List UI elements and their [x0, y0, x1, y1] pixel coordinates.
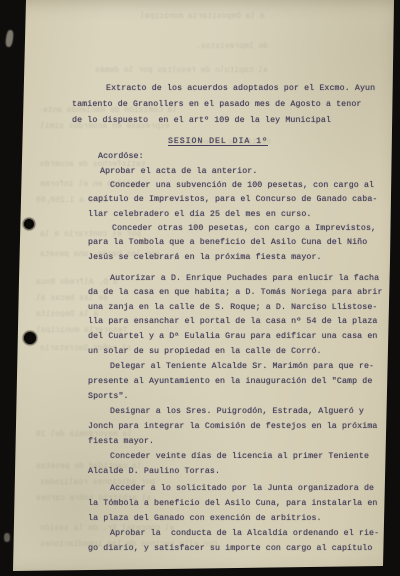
paper-speck — [4, 533, 10, 542]
typed-line: una zanja en la calle de S. Roque; a D. … — [88, 303, 378, 313]
typed-line: para la Tombola que a beneficio del Asil… — [88, 238, 367, 248]
typed-line: capítulo de Imprevistos, para el Concurs… — [88, 195, 378, 205]
typed-line: tamiento de Granollers en el pasado mes … — [72, 100, 362, 110]
typed-line: Delegar al Teniente Alcalde Sr. Marimón … — [110, 362, 374, 372]
typed-line: Acceder a lo solicitado por la Junta org… — [110, 484, 374, 494]
typed-line: Conceder una subvención de 100 pesetas, … — [110, 181, 374, 191]
document-page: a la Depositaría municipalde Imprevistos… — [0, 0, 400, 576]
hole-punch — [24, 219, 34, 229]
typed-line: Alcalde D. Paulino Torras. — [88, 467, 220, 477]
typed-line: fiesta mayor. — [88, 437, 154, 447]
typed-line: Conceder veinte días de licencia al prim… — [110, 452, 369, 462]
typed-line: Extracto de los acuerdos adoptados por e… — [106, 84, 375, 94]
typed-line: la plaza del Ganado con exención de arbi… — [88, 514, 322, 524]
typed-line: Aprobar la conducta de la Alcaldía orden… — [110, 529, 379, 539]
section-heading: SESION DEL DIA 1º — [168, 137, 268, 147]
typed-line: Sports". — [88, 392, 129, 402]
typed-line: Jonch para integrar la Comisión de feste… — [88, 422, 378, 432]
typed-line: Conceder otras 100 pesetas, con cargo a … — [112, 224, 376, 234]
typed-line: Autorizar a D. Enrique Puchades para enl… — [110, 274, 379, 284]
typed-line: lla para ensanchar el portal de la casa … — [88, 317, 378, 327]
typed-line: Designar a los Sres. Puigrodón, Estrada,… — [110, 407, 364, 417]
typed-line: llar celebradero el día 25 del mes en cu… — [88, 210, 311, 220]
bleedthrough-line: a D. Alfredo Roca — [36, 278, 118, 287]
scan-background: a la Depositaría municipalde Imprevistos… — [0, 0, 400, 576]
bleedthrough-line: de Imprevistos. — [196, 42, 268, 51]
typed-line: go diario, y satisfacer su importe con c… — [88, 544, 372, 554]
typed-line: da de la casa en que habita; a D. Tomás … — [88, 288, 383, 298]
paper-speck — [5, 30, 14, 48]
typed-line: la Tómbola a beneficio del Asilo Cuna, p… — [88, 499, 378, 509]
bleedthrough-line: a la Depositaría municipal — [140, 12, 265, 21]
typed-line: Acordóse: — [98, 152, 144, 162]
typed-line: Jesús se celebrará en la próxima fiesta … — [88, 253, 322, 263]
typed-line: presente al Ayuntamiento en la inaugurac… — [88, 377, 372, 387]
hole-punch — [24, 332, 36, 344]
typed-line: del Cuartel y a Dª Eulalia Grau para edi… — [88, 332, 378, 342]
typed-line: Aprobar el acta de la anterior. — [100, 167, 257, 177]
typed-line: de lo dispuesto en el artº 109 de la ley… — [72, 116, 331, 126]
typed-line: un solar de su propiedad en la calle de … — [88, 347, 322, 357]
bleedthrough-line: al capítulo de resultas por lo demás — [95, 66, 268, 75]
